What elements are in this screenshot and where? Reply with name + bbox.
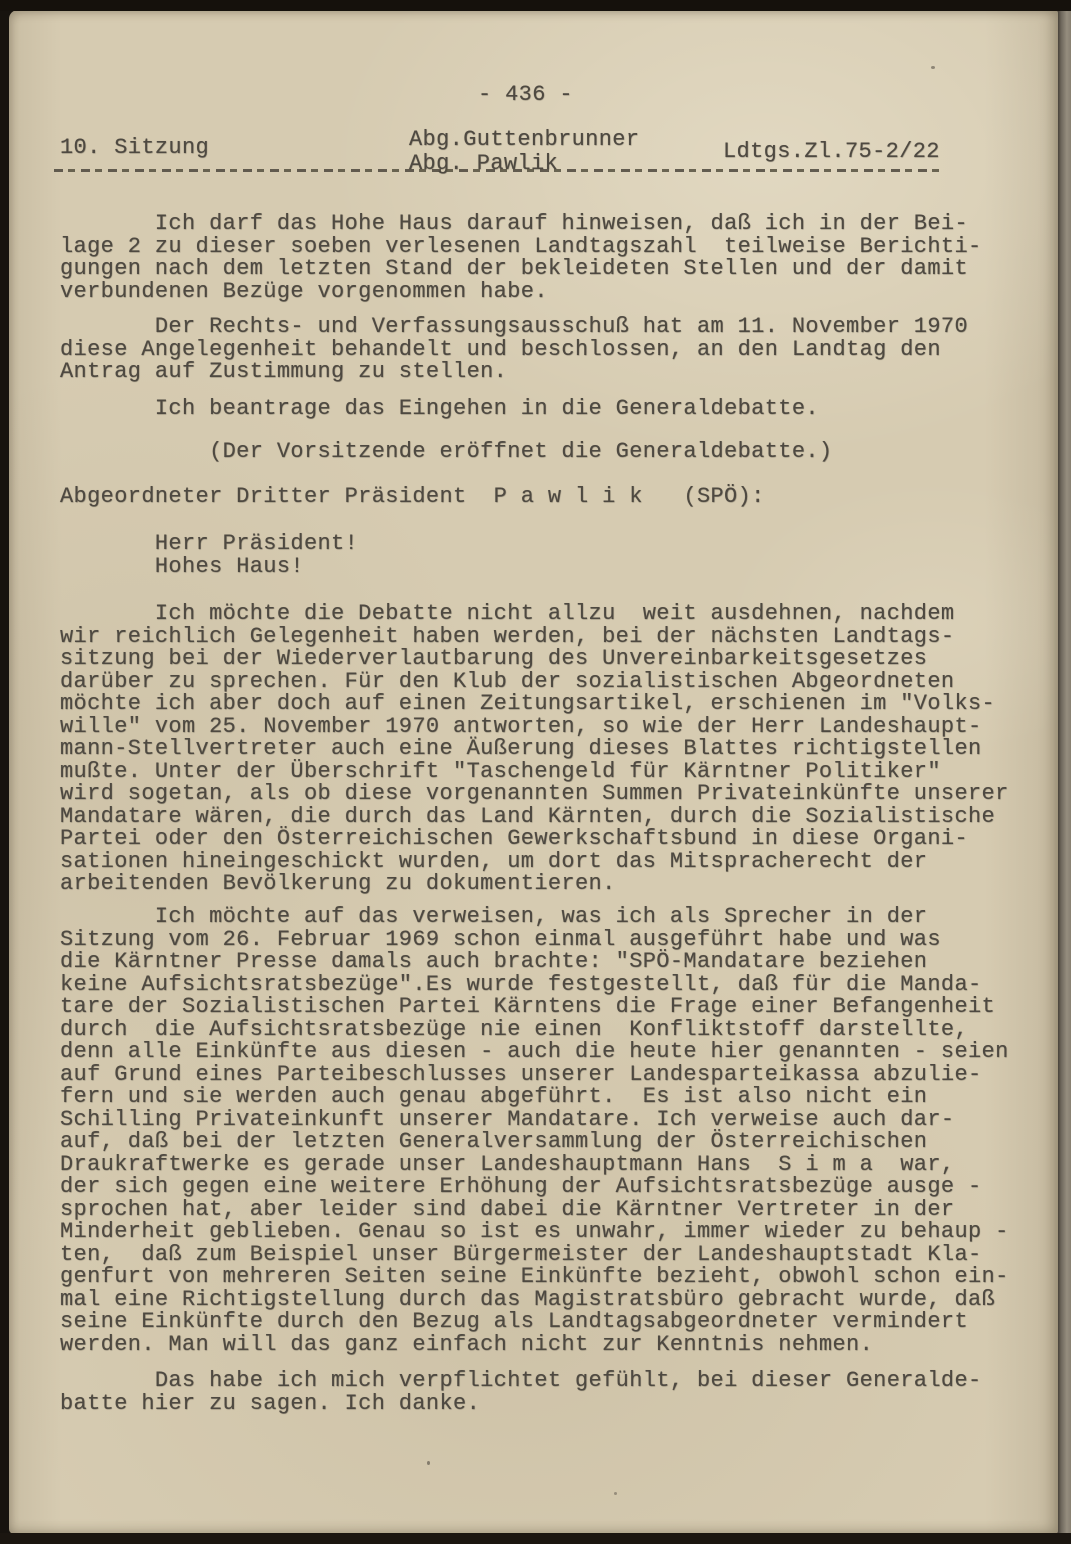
header-speaker-name-1: Abg.Guttenbrunner: [409, 129, 639, 152]
scanned-document-page: - 436 - 10. Sitzung Abg.Guttenbrunner Ab…: [0, 0, 1071, 1544]
paragraph-debatte-volkswille: Ich möchte die Debatte nicht allzu weit …: [60, 603, 1009, 896]
paper-speck: [931, 66, 935, 69]
page-number: - 436 -: [478, 84, 573, 107]
paragraph-beilage-hinweis: Ich darf das Hohe Haus darauf hinweisen,…: [60, 213, 982, 303]
scan-top-edge: [0, 0, 1071, 11]
header-reference-number: Ldtgs.Zl.75-2/22: [723, 141, 940, 164]
stage-direction: (Der Vorsitzende eröffnet die Generaldeb…: [60, 441, 832, 464]
header-session-label: 10. Sitzung: [60, 137, 209, 160]
paper-speck: [614, 1492, 617, 1495]
salutation: Herr Präsident! Hohes Haus!: [60, 533, 358, 578]
paragraph-antrag-generaldebatte: Ich beantrage das Eingehen in die Genera…: [60, 398, 819, 421]
header-dashed-rule: [54, 169, 942, 172]
scan-bottom-edge: [0, 1533, 1071, 1544]
page-edge-shadow-band: [1057, 0, 1071, 1544]
speaker-announcement-line: Abgeordneter Dritter Präsident P a w l i…: [60, 486, 765, 509]
paragraph-ausschuss-beschluss: Der Rechts- und Verfassungsausschuß hat …: [60, 316, 968, 384]
paragraph-verweis-aufsichtsratsbezuege: Ich möchte auf das verweisen, was ich al…: [60, 906, 1009, 1356]
header-speaker-name-2: Abg. Pawlik: [409, 153, 558, 176]
paragraph-schlusswort: Das habe ich mich verpflichtet gefühlt, …: [60, 1370, 982, 1415]
paper-speck: [427, 1461, 430, 1465]
